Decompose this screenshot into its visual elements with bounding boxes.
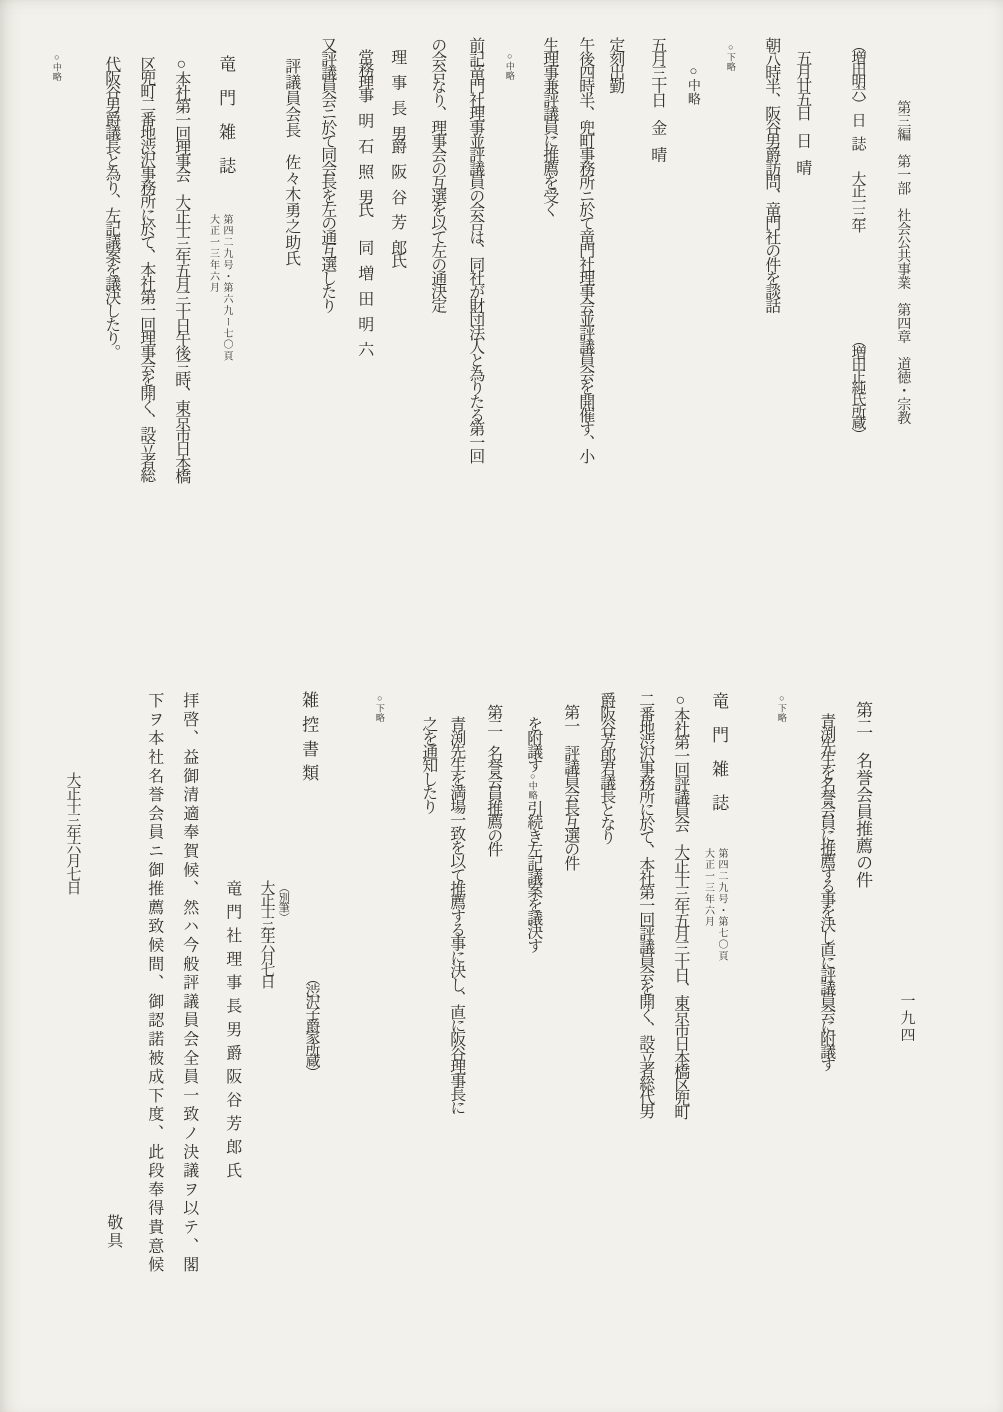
- omission-mark: ○中略: [51, 52, 61, 82]
- scanned-book-page: { "header": { "chapter_line": "第三編 第一部 社…: [0, 0, 1003, 1412]
- page-number: 一九四: [896, 993, 916, 1044]
- omission-mark: ○下略: [776, 693, 786, 723]
- diary-entry-text: 定刻出勤: [604, 37, 625, 92]
- issue-date: 大正一三年六月: [701, 848, 715, 962]
- omission-mark: ○中略: [504, 51, 514, 81]
- section-text: 青渕先生を名誉会員に推薦する事を決し直に評議員会に附議す: [815, 713, 836, 1069]
- quote-text: 代阪谷男爵議長と為り、左記議案を議決したり。: [100, 56, 121, 357]
- quote-text: 之を通知したり: [417, 716, 438, 812]
- quote-text: を附議す: [525, 716, 542, 771]
- quote-text: 二番地渋沢事務所に於て、本社第一回評議員会を開く、設立者総代男: [634, 692, 655, 1117]
- diary-entry-text: の会合なり、理事会の互選を以て左の通決定: [426, 37, 447, 311]
- quote-source-title: 竜 門 雑 誌: [707, 692, 729, 811]
- quote-text: 青渕先生を満場一致を以て推薦する事に決し、直に阪谷理事長に: [445, 716, 466, 1113]
- agenda-item: 第二 名誉会員推薦の件: [482, 704, 503, 855]
- quote-issue-note: 第四二九号・第七〇頁 大正一三年六月: [701, 848, 728, 962]
- diary-source-note: （増田正純氏所蔵）: [847, 333, 867, 438]
- running-head: 第三編 第一部 社会公共事業 第四章 道徳・宗教: [893, 100, 911, 424]
- diary-entry-text: 生理事兼評議員に推薦を受く: [538, 37, 559, 215]
- quote-text-with-omission: を附議す○中略引続き左記議案を議決す: [522, 716, 543, 951]
- agenda-item: 第一 評議員会長互選の件: [559, 704, 580, 868]
- scribe-note: （別筆）: [276, 882, 290, 922]
- diary-title: （増田明六） 日 誌 大正一三年: [847, 38, 867, 229]
- letter-addressee: 竜門社理事長男爵阪谷芳郎氏: [221, 880, 242, 1186]
- quote-issue-note: 第四二九号・第六九ー七〇頁 大正一三年六月: [206, 214, 233, 362]
- quote-text: 爵阪谷芳郎君議長となり: [595, 692, 616, 843]
- chairman-line: 評議員会長 佐々木勇之助氏: [280, 58, 301, 266]
- letter-date: 大正十三年六月七日: [256, 880, 276, 985]
- section-heading: 第二 名誉会員推薦の件: [851, 701, 873, 888]
- omission-mark: ○下略: [374, 693, 384, 723]
- officer-list-line: 理 事 長 男爵 阪 谷 芳 郎氏: [386, 49, 407, 265]
- omission-mark: ○中略: [684, 63, 701, 106]
- letter-closing: 敬具: [102, 1214, 123, 1250]
- quote-text: 引続き左記議案を議決す: [525, 800, 542, 951]
- issue-number: 第四二九号・第六九ー七〇頁: [220, 214, 234, 362]
- letter-body-line: 下ヲ本社名誉会員ニ御推薦致候間、御認諾被成下度、此段奉得貴意候: [143, 692, 164, 1275]
- issue-date: 大正一三年六月: [206, 214, 220, 362]
- document-title: 雑 控 書 類: [297, 691, 319, 776]
- diary-entry-text: 又評議員会ニ於て同会長を左の通互選したり: [316, 37, 337, 311]
- diary-entry-date: 五月廿五日 日 晴: [791, 50, 812, 173]
- omission-mark: ○下略: [725, 42, 735, 72]
- document-source-note: （渋沢子爵家所蔵）: [301, 971, 321, 1076]
- omission-mark: ○中略: [528, 771, 538, 801]
- quote-text: ○本社第一回評議員会 大正十三年五月三十日、東京市日本橋区兜町: [669, 692, 690, 1118]
- diary-entry-date: 五月三十日 金 晴: [646, 37, 667, 160]
- quote-text: 区兜町二番地渋沢事務所に於て、本社第一回理事会を開く、設立者総: [135, 56, 156, 481]
- diary-entry-text: 朝八時半、阪谷男爵訪問、竜門社の件を談話: [760, 37, 781, 311]
- quote-text: ○本社第一回理事会 大正十三年五月三十日午後三時、東京市日本橋: [170, 56, 191, 482]
- officer-list-line: 常務理事 明 石 照 男氏 同 増 田 明 六: [353, 49, 374, 354]
- issue-number: 第四二九号・第七〇頁: [715, 848, 729, 962]
- quote-source-title: 竜 門 雑 誌: [214, 55, 236, 174]
- diary-entry-text: 午後四時半、兜町事務所ニ於て竜門社理事会並評議員会を開催す、小: [574, 37, 595, 462]
- letter-date: 大正十三年六月七日: [62, 772, 82, 894]
- letter-body-line: 拝啓、益御清適奉賀候、然ハ今般評議員会全員一致ノ決議ヲ以テ、閣: [178, 692, 199, 1275]
- diary-entry-text: 前記竜門社理事並評議員の会合は、同社が財団法人と為りたる第一回: [464, 37, 485, 462]
